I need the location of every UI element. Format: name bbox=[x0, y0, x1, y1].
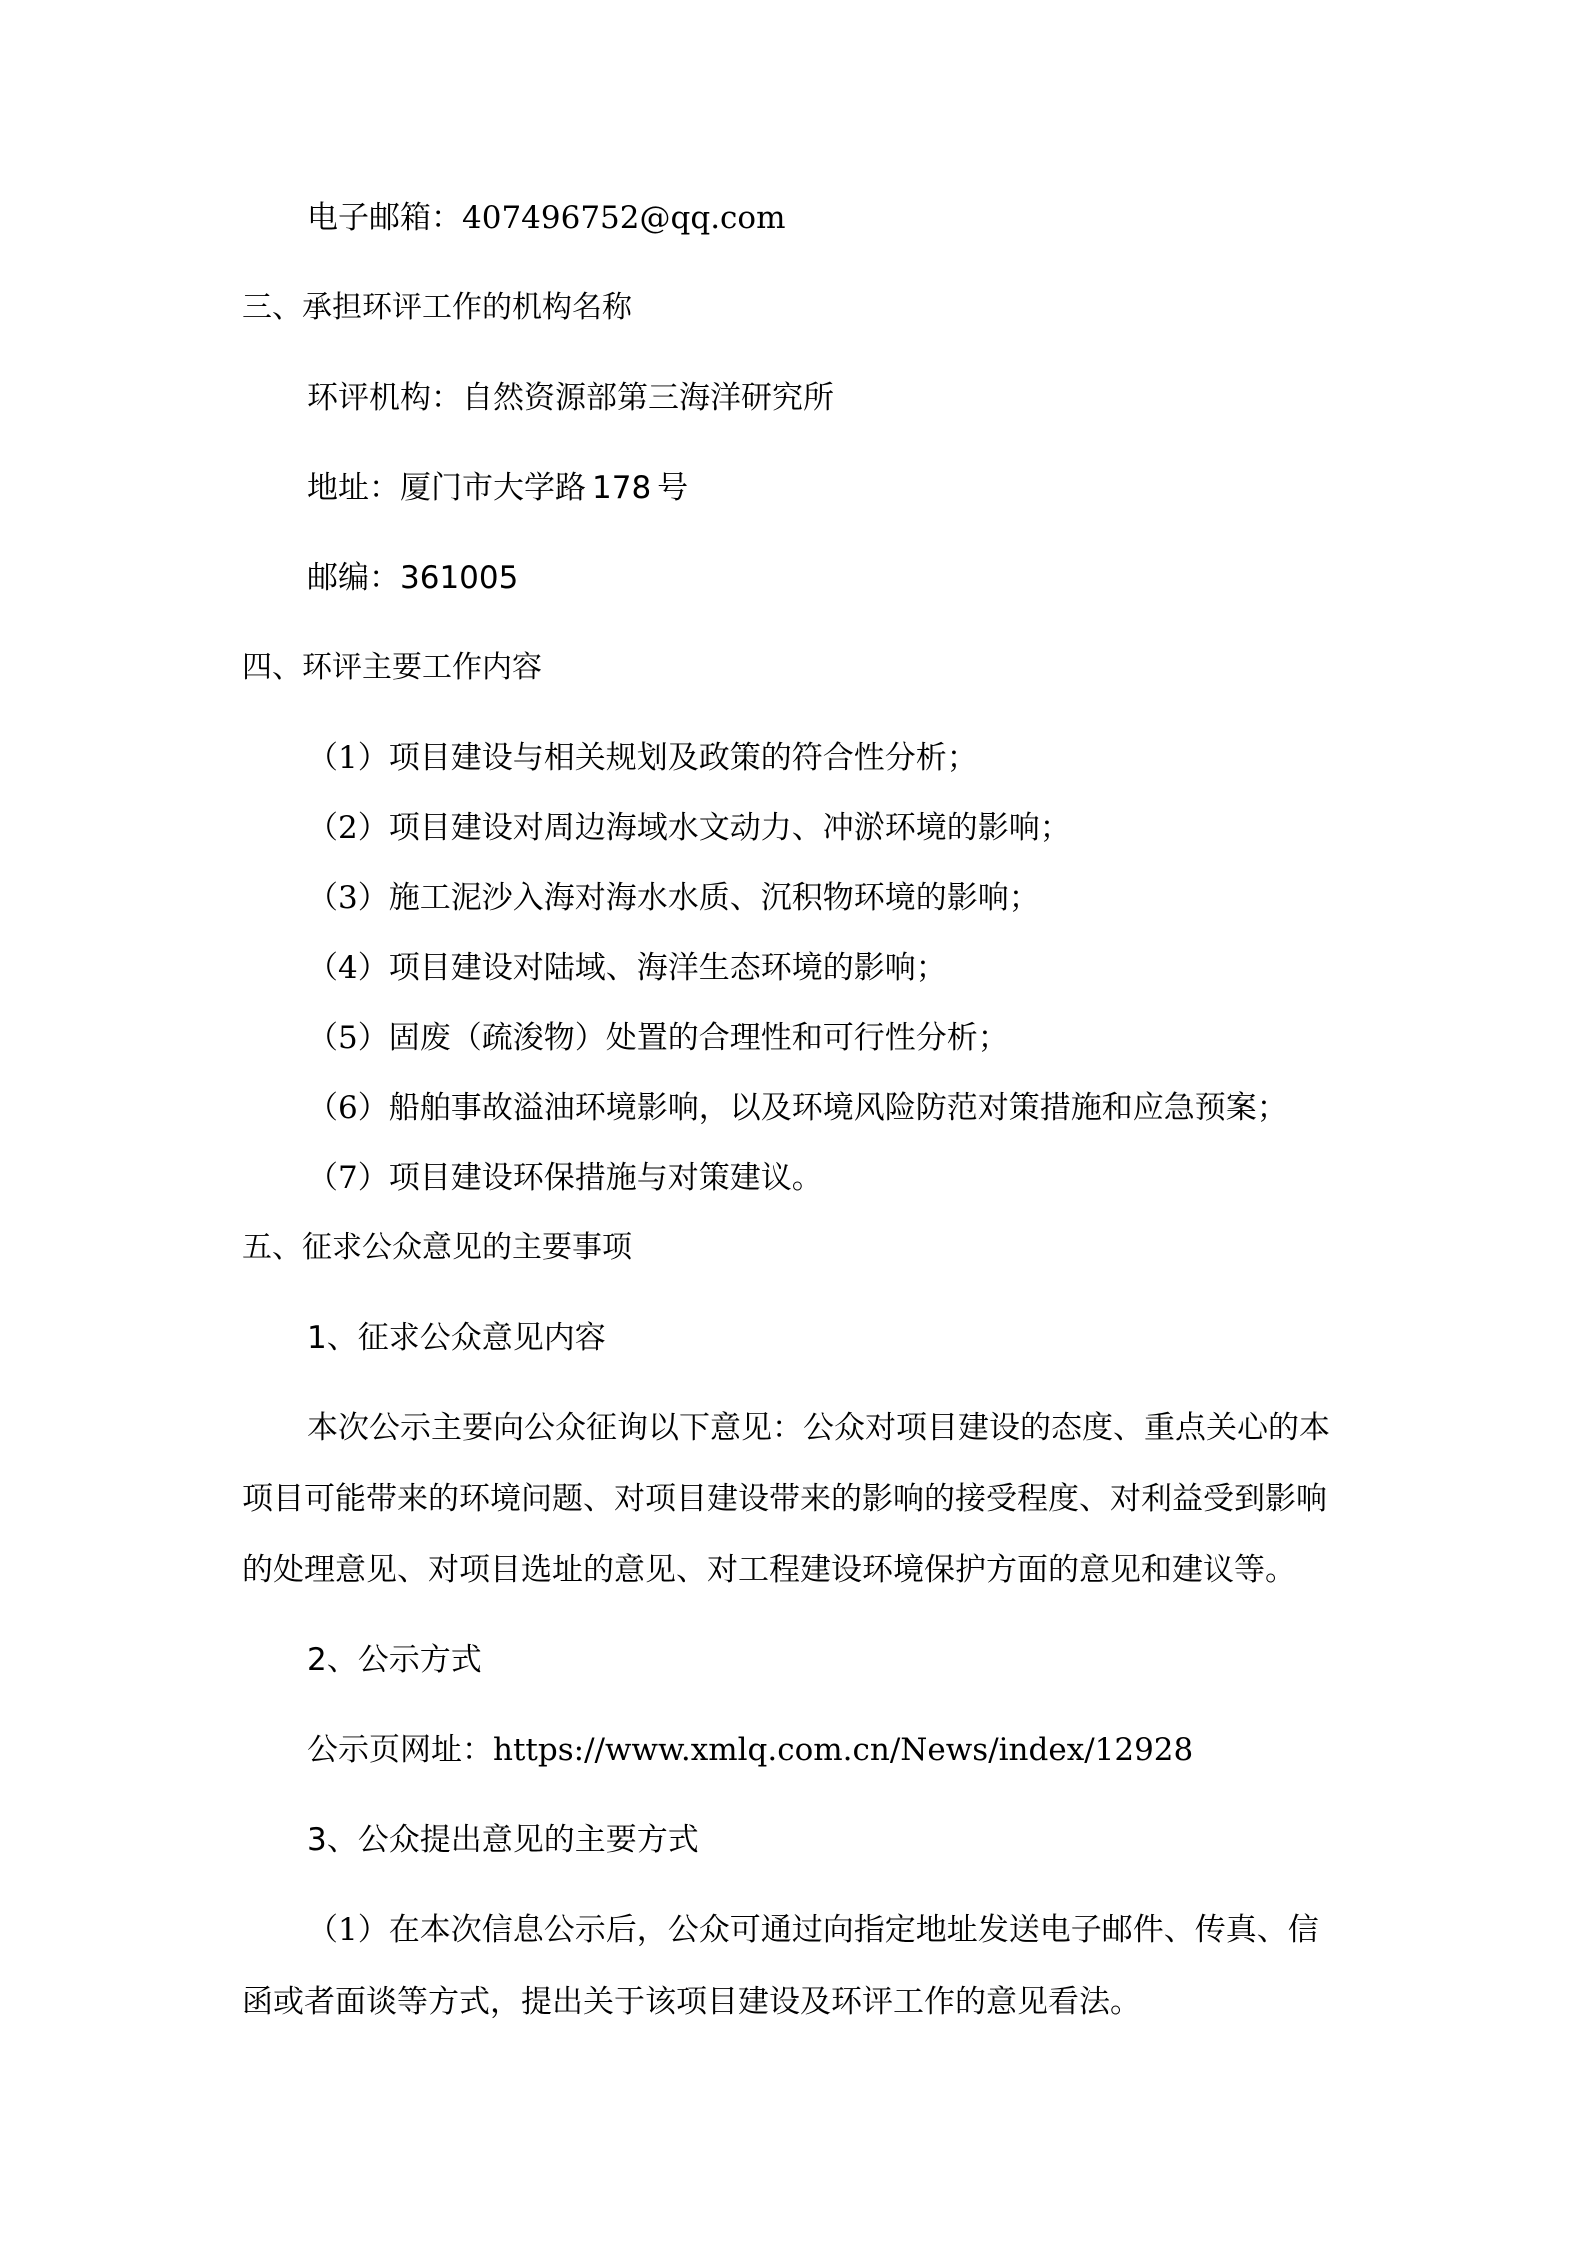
work-item-3: （3）施工泥沙入海对海水水质、沉积物环境的影响； bbox=[307, 878, 1040, 918]
postcode-line: 邮编：361005 bbox=[307, 558, 518, 598]
work-item-5: （5）固废（疏浚物）处置的合理性和可行性分析； bbox=[307, 1018, 1009, 1058]
work-item-4: （4）项目建设对陆域、海洋生态环境的影响； bbox=[307, 948, 947, 988]
sub2-title: 2、公示方式 bbox=[307, 1640, 482, 1680]
sub3-paragraph-line-1: （1）在本次信息公示后，公众可通过向指定地址发送电子邮件、传真、信 bbox=[307, 1910, 1319, 1950]
url-link[interactable]: https://www.xmlq.com.cn/News/index/12928 bbox=[493, 1732, 1193, 1768]
work-item-7: （7）项目建设环保措施与对策建议。 bbox=[307, 1158, 823, 1198]
work-item-6: （6）船舶事故溢油环境影响，以及环境风险防范对策措施和应急预案； bbox=[307, 1088, 1288, 1128]
url-label: 公示页网址： bbox=[307, 1732, 493, 1768]
email-value: 407496752@qq.com bbox=[462, 200, 785, 236]
address-number: 178 bbox=[592, 470, 651, 506]
postcode-label: 邮编： bbox=[307, 560, 400, 596]
org-line: 环评机构：自然资源部第三海洋研究所 bbox=[307, 378, 834, 418]
email-line: 电子邮箱：407496752@qq.com bbox=[307, 198, 785, 238]
sub1-paragraph-line-3: 的处理意见、对项目选址的意见、对工程建设环境保护方面的意见和建议等。 bbox=[242, 1550, 1296, 1590]
work-item-1: （1）项目建设与相关规划及政策的符合性分析； bbox=[307, 738, 978, 778]
sub3-title: 3、公众提出意见的主要方式 bbox=[307, 1820, 699, 1860]
org-value: 自然资源部第三海洋研究所 bbox=[462, 380, 834, 416]
email-label: 电子邮箱： bbox=[307, 200, 462, 236]
section3-heading: 三、承担环评工作的机构名称 bbox=[242, 288, 632, 328]
address-suffix: 号 bbox=[657, 470, 688, 506]
sub1-paragraph-line-1: 本次公示主要向公众征询以下意见：公众对项目建设的态度、重点关心的本 bbox=[307, 1408, 1330, 1448]
section5-heading: 五、征求公众意见的主要事项 bbox=[242, 1228, 632, 1268]
address-value: 厦门市大学路 bbox=[400, 470, 586, 506]
url-line: 公示页网址：https://www.xmlq.com.cn/News/index… bbox=[307, 1730, 1193, 1770]
sub1-title: 1、征求公众意见内容 bbox=[307, 1318, 606, 1358]
address-line: 地址：厦门市大学路178号 bbox=[307, 468, 688, 508]
section4-heading: 四、环评主要工作内容 bbox=[242, 648, 542, 688]
org-label: 环评机构： bbox=[307, 380, 462, 416]
address-label: 地址： bbox=[307, 470, 400, 506]
sub1-paragraph-line-2: 项目可能带来的环境问题、对项目建设带来的影响的接受程度、对利益受到影响 bbox=[242, 1479, 1327, 1519]
sub3-paragraph-line-2: 函或者面谈等方式，提出关于该项目建设及环评工作的意见看法。 bbox=[242, 1982, 1141, 2022]
work-item-2: （2）项目建设对周边海域水文动力、冲淤环境的影响； bbox=[307, 808, 1071, 848]
postcode-value: 361005 bbox=[400, 560, 518, 596]
